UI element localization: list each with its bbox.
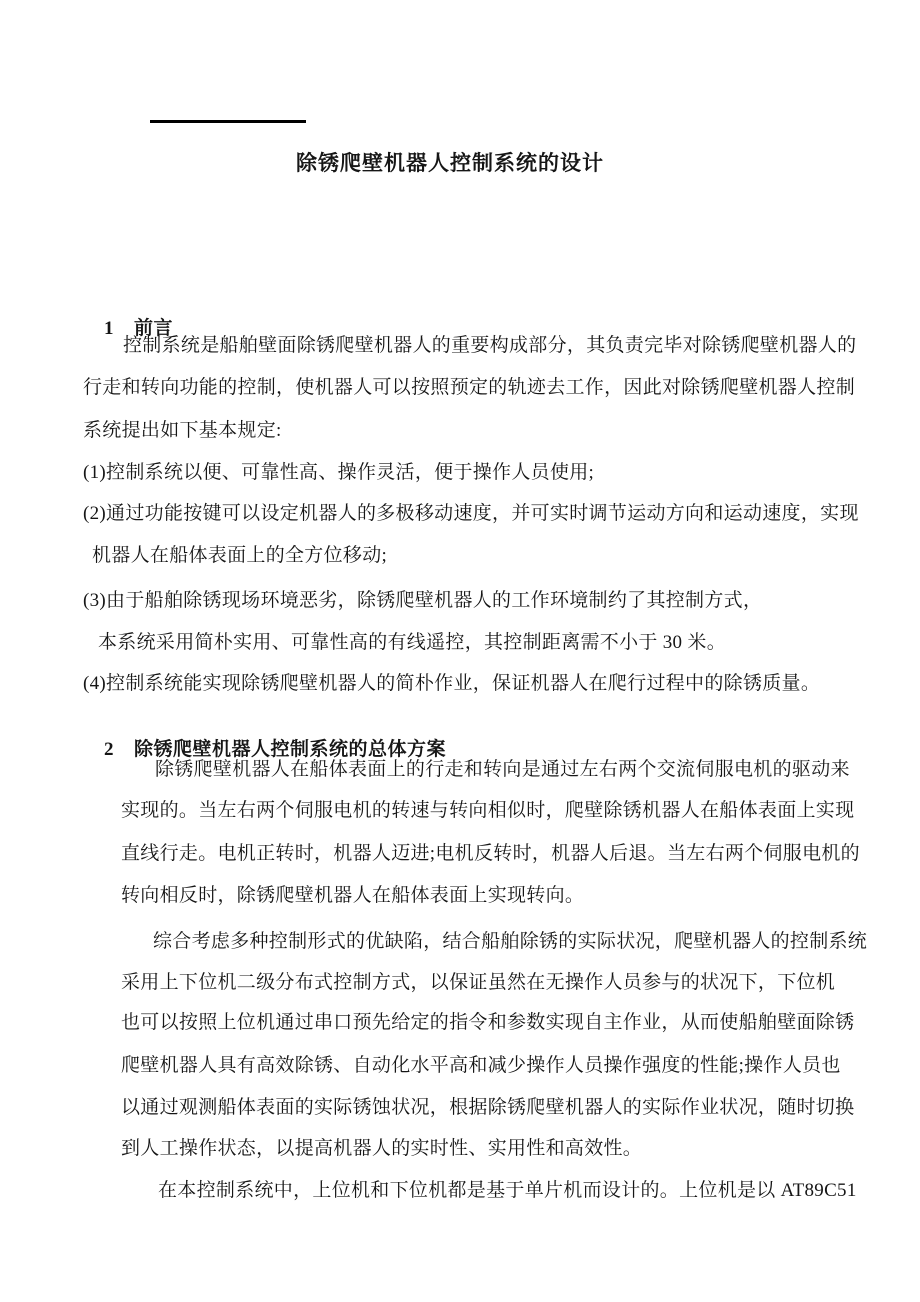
text-line: 除锈爬壁机器人在船体表面上的行走和转向是通过左右两个交流伺服电机的驱动来 — [155, 754, 850, 781]
text-line: 以通过观测船体表面的实际锈蚀状况，根据除锈爬壁机器人的实际作业状况，随时切换 — [121, 1092, 854, 1119]
text-line: (3)由于船舶除锈现场环境恶劣，除锈爬壁机器人的工作环境制约了其控制方式， — [83, 585, 762, 612]
horizontal-rule — [150, 120, 306, 123]
document-title: 除锈爬壁机器人控制系统的设计 — [0, 147, 900, 177]
text-line: 在本控制系统中，上位机和下位机都是基于单片机而设计的。上位机是以 AT89C51 — [158, 1175, 857, 1202]
text-line: 直线行走。电机正转时，机器人迈进;电机反转时，机器人后退。当左右两个伺服电机的 — [121, 838, 860, 865]
text-line: (1)控制系统以便、可靠性高、操作灵活，便于操作人员使用; — [83, 457, 594, 484]
text-line: 控制系统是船舶壁面除锈爬壁机器人的重要构成部分，其负责完毕对除锈爬壁机器人的 — [123, 330, 856, 357]
text-line: 本系统采用简朴实用、可靠性高的有线遥控，其控制距离需不小于 30 米。 — [98, 627, 726, 654]
document-page: 除锈爬壁机器人控制系统的设计 1前言 控制系统是船舶壁面除锈爬壁机器人的重要构成… — [0, 0, 920, 1302]
section-2-number: 2 — [104, 739, 134, 761]
text-line: 行走和转向功能的控制，使机器人可以按照预定的轨迹去工作，因此对除锈爬壁机器人控制 — [83, 372, 855, 399]
text-line: 综合考虑多种控制形式的优缺陷，结合船舶除锈的实际状况，爬壁机器人的控制系统 — [153, 926, 867, 953]
text-line: 采用上下位机二级分布式控制方式，以保证虽然在无操作人员参与的状况下，下位机 — [121, 967, 835, 994]
text-line: 爬壁机器人具有高效除锈、自动化水平高和减少操作人员操作强度的性能;操作人员也 — [121, 1050, 841, 1077]
text-line: 实现的。当左右两个伺服电机的转速与转向相似时，爬壁除锈机器人在船体表面上实现 — [121, 795, 854, 822]
text-line: 到人工操作状态，以提高机器人的实时性、实用性和高效性。 — [121, 1133, 642, 1160]
text-line: 机器人在船体表面上的全方位移动; — [92, 540, 387, 567]
text-line: 系统提出如下基本规定: — [83, 415, 282, 442]
text-line: (4)控制系统能实现除锈爬壁机器人的简朴作业，保证机器人在爬行过程中的除锈质量。 — [83, 668, 820, 695]
text-line: 转向相反时，除锈爬壁机器人在船体表面上实现转向。 — [121, 880, 584, 907]
text-line: (2)通过功能按键可以设定机器人的多极移动速度，并可实时调节运动方向和运动速度，… — [83, 498, 859, 525]
text-line: 也可以按照上位机通过串口预先给定的指令和参数实现自主作业，从而使船舶壁面除锈 — [121, 1007, 854, 1034]
